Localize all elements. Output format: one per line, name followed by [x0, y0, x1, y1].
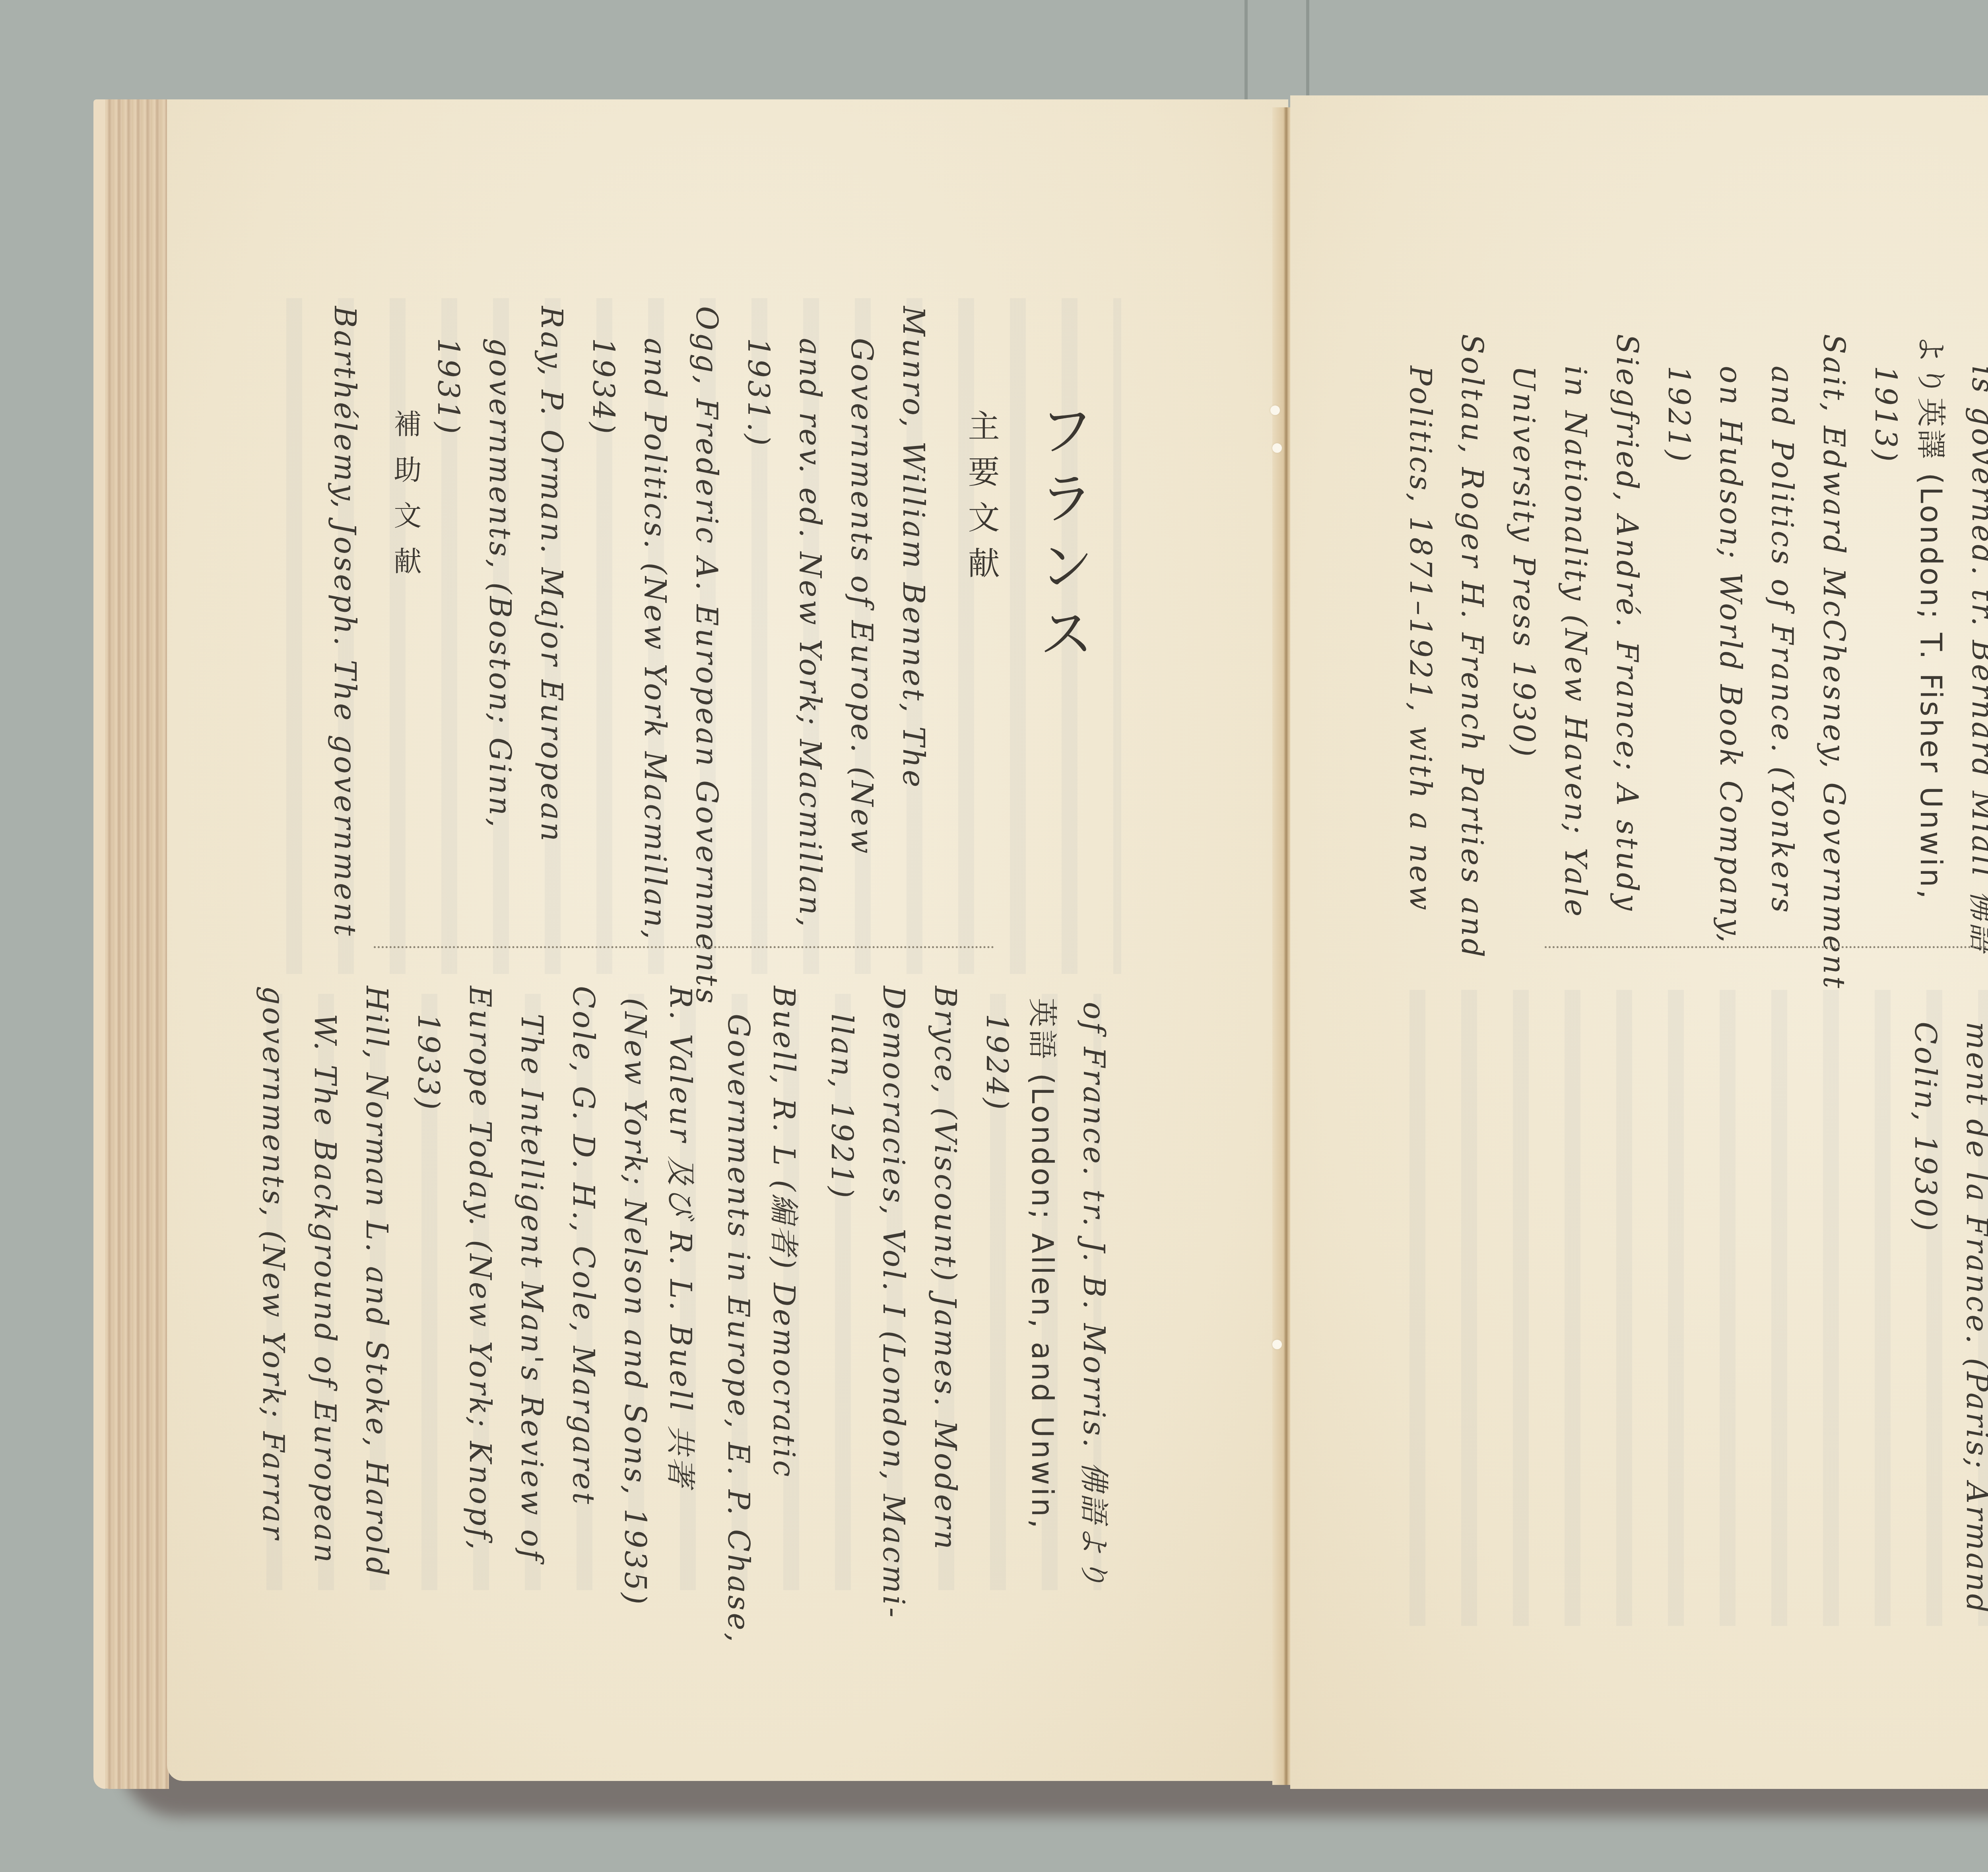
right-page: and Rinehart, 1935.) Middleton, W. L. Th… — [1290, 95, 1988, 1789]
bibliography-column: Buell, R. L (編者) Democratic — [765, 986, 807, 1479]
bibliography-column: 1934) — [586, 338, 620, 436]
bibliography-column: Colin, 1930) — [1908, 1022, 1942, 1233]
binding-stitch-hole — [1270, 405, 1280, 415]
bibliography-column: 英語 (London; Allen, and Unwin, — [1023, 998, 1066, 1531]
bibliography-column: Governments of Europe. (New — [845, 338, 879, 856]
page-divider-dotted — [374, 946, 994, 948]
bibliography-column: Soltau, Roger H. French Parties and — [1455, 334, 1489, 960]
bibliography-column: Hill, Norman L. and Stoke, Harold — [359, 986, 394, 1578]
bibliography-column: on Hudson; World Book Company, — [1713, 366, 1747, 945]
binding-stitch-hole — [1272, 1340, 1282, 1349]
bibliography-column: ment de la France. (Paris; Armand — [1960, 1022, 1988, 1615]
show-through-ghost-text — [1409, 990, 1988, 1626]
bibliography-column: Barthélemy, Joseph. The government — [328, 306, 362, 938]
left-cover-edge — [93, 99, 105, 1789]
bibliography-column: R. Valeur 及び R. L. Buell 共著 — [662, 986, 704, 1489]
bibliography-column: in Nationality (New Haven; Yale — [1558, 366, 1592, 919]
bibliography-column: governments, (Boston; Ginn, — [483, 338, 517, 830]
bibliography-column: Ogg, Frederic A. European Governments — [689, 306, 724, 1006]
bibliography-column: llan, 1921) — [825, 1014, 859, 1200]
bibliography-column: 1913) — [1868, 366, 1903, 464]
bibliography-column: The Intelligent Man's Review of — [514, 1014, 549, 1563]
bibliography-column: is governed. tr. Bernard Miall 佛語 — [1964, 366, 1988, 954]
binding-stitch-hole — [1272, 443, 1282, 453]
left-page-stack-edge — [93, 99, 169, 1789]
bibliography-column: 1931.) — [741, 338, 775, 448]
bibliography-column: 1921) — [1662, 366, 1696, 464]
bibliography-column: 1924) — [980, 1014, 1014, 1112]
bibliography-column: (New York; Nelson and Sons, 1935) — [618, 998, 652, 1607]
bibliography-column: Europe Today. (New York; Knopf, — [463, 986, 497, 1552]
bibliography-column: Bryce, (Viscount) James. Modern — [928, 986, 962, 1552]
section-label-supplementary-sources: 補助文献 — [386, 409, 426, 592]
bibliography-column: Siegfried, André. France; A study — [1610, 334, 1644, 913]
section-label-primary-sources: 主要文献 — [958, 409, 1004, 592]
bibliography-column: of France. tr. J. B. Morris. 佛語より — [1075, 1002, 1117, 1589]
bibliography-column: Politics, 1871–1921, with a new — [1403, 366, 1437, 913]
bibliography-column: より英譯 (London; T. Fisher Unwin, — [1912, 334, 1954, 901]
bibliography-column: governments, (New York; Farrar — [256, 986, 290, 1542]
bibliography-column: 1933) — [411, 1014, 445, 1112]
bibliography-column: and Politics. (New York Macmillan, — [638, 338, 672, 941]
bibliography-column: Munro, William Bennet, The — [896, 306, 930, 790]
bibliography-column: University Press 1930) — [1507, 366, 1541, 759]
bibliography-column: Sait, Edward McChesney, Government — [1817, 334, 1851, 991]
bibliography-column: 1931) — [431, 338, 465, 436]
bibliography-column: Ray, P. Orman. Major European — [534, 306, 569, 844]
page-divider-dotted — [1545, 946, 1988, 948]
bibliography-column: and Politics of France. (Yonkers — [1765, 366, 1799, 915]
bibliography-column: Democracies, Vol. I (London, Macmi- — [876, 986, 911, 1620]
bibliography-column: Cole, G. D. H., Cole, Margaret — [566, 986, 600, 1506]
bibliography-column: W. The Background of European — [308, 1014, 342, 1565]
page-heading-france: フランス — [1022, 402, 1102, 672]
bibliography-column: and rev. ed. New York; Macmillan, — [793, 338, 827, 929]
bibliography-column: Governments in Europe, E. P. Chase, — [721, 1014, 755, 1644]
left-page: フランス 主要文献 Munro, William Bennet, The Gov… — [167, 99, 1288, 1781]
